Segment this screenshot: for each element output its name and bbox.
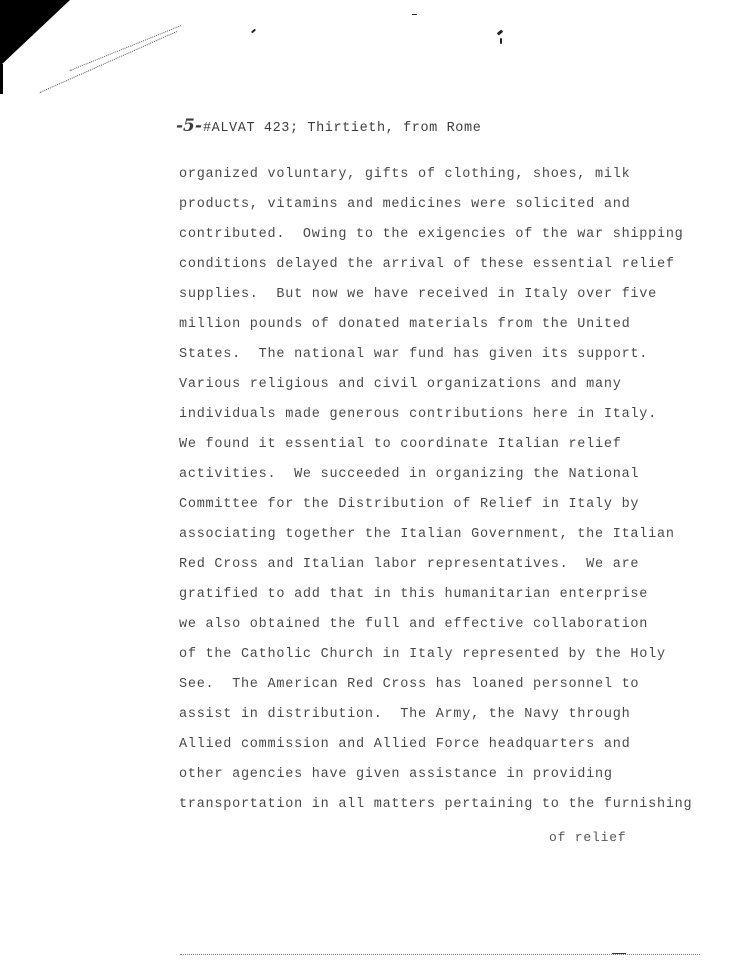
body-line: contributed. Owing to the exigencies of … xyxy=(179,220,719,250)
body-line: million pounds of donated materials from… xyxy=(179,310,719,340)
scan-corner-edge xyxy=(0,64,3,94)
document-body: organized voluntary, gifts of clothing, … xyxy=(179,160,719,820)
body-line: individuals made generous contributions … xyxy=(179,400,719,430)
body-line: Various religious and civil organization… xyxy=(179,370,719,400)
body-line: gratified to add that in this humanitari… xyxy=(179,580,719,610)
body-line: associating together the Italian Governm… xyxy=(179,520,719,550)
body-line: transportation in all matters pertaining… xyxy=(179,790,719,820)
speck xyxy=(500,38,502,44)
body-line: Red Cross and Italian labor representati… xyxy=(179,550,719,580)
body-line: of the Catholic Church in Italy represen… xyxy=(179,640,719,670)
document-reference: #ALVAT 423; Thirtieth, from Rome xyxy=(203,121,481,136)
scan-corner-shadow xyxy=(0,0,70,66)
speck xyxy=(497,29,504,35)
body-line: We found it essential to coordinate Ital… xyxy=(179,430,719,460)
body-line: Allied commission and Allied Force headq… xyxy=(179,730,719,760)
bottom-scan-noise xyxy=(180,954,700,955)
body-line: products, vitamins and medicines were so… xyxy=(179,190,719,220)
body-line: Committee for the Distribution of Relief… xyxy=(179,490,719,520)
body-line: we also obtained the full and effective … xyxy=(179,610,719,640)
body-line: assist in distribution. The Army, the Na… xyxy=(179,700,719,730)
speck xyxy=(412,14,417,15)
bottom-scan-dash xyxy=(612,953,626,954)
document-header: -5-#ALVAT 423; Thirtieth, from Rome xyxy=(176,116,481,136)
body-line: activities. We succeeded in organizing t… xyxy=(179,460,719,490)
body-line: organized voluntary, gifts of clothing, … xyxy=(179,160,719,190)
body-line: conditions delayed the arrival of these … xyxy=(179,250,719,280)
body-line: supplies. But now we have received in It… xyxy=(179,280,719,310)
speck xyxy=(251,29,256,34)
continuation-catchword: of relief xyxy=(549,830,626,845)
body-line: other agencies have given assistance in … xyxy=(179,760,719,790)
scan-streak xyxy=(70,25,182,72)
body-line: States. The national war fund has given … xyxy=(179,340,719,370)
body-line: See. The American Red Cross has loaned p… xyxy=(179,670,719,700)
page-number-marker: -5- xyxy=(176,116,202,136)
